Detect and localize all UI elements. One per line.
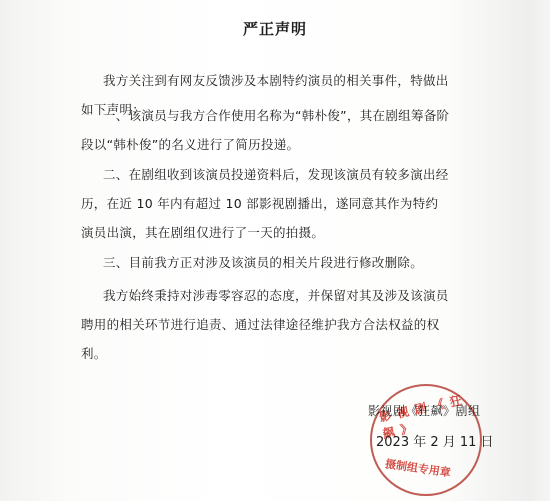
date: 2023 年 2 月 11 日 <box>376 431 494 450</box>
closing-paragraph: 我方始终秉持对涉毒零容忍的态度，并保留对其及涉及该演员聘用的相关环节进行追责、通… <box>81 281 451 368</box>
signature: 影视剧《狂飙》剧组 <box>368 402 481 419</box>
page-title: 严正声明 <box>0 18 550 39</box>
clause-one-paragraph: 一、该演员与我方合作使用名称为“韩朴俊”，其在剧组筹备阶段以“韩朴俊”的名义进行… <box>81 101 451 159</box>
clause-two-paragraph: 二、在剧组收到该演员投递资料后，发现该演员有较多演出经历，在近 10 年内有超过… <box>81 160 451 247</box>
clause-three-paragraph: 三、目前我方正对涉及该演员的相关片段进行修改删除。 <box>81 248 451 277</box>
